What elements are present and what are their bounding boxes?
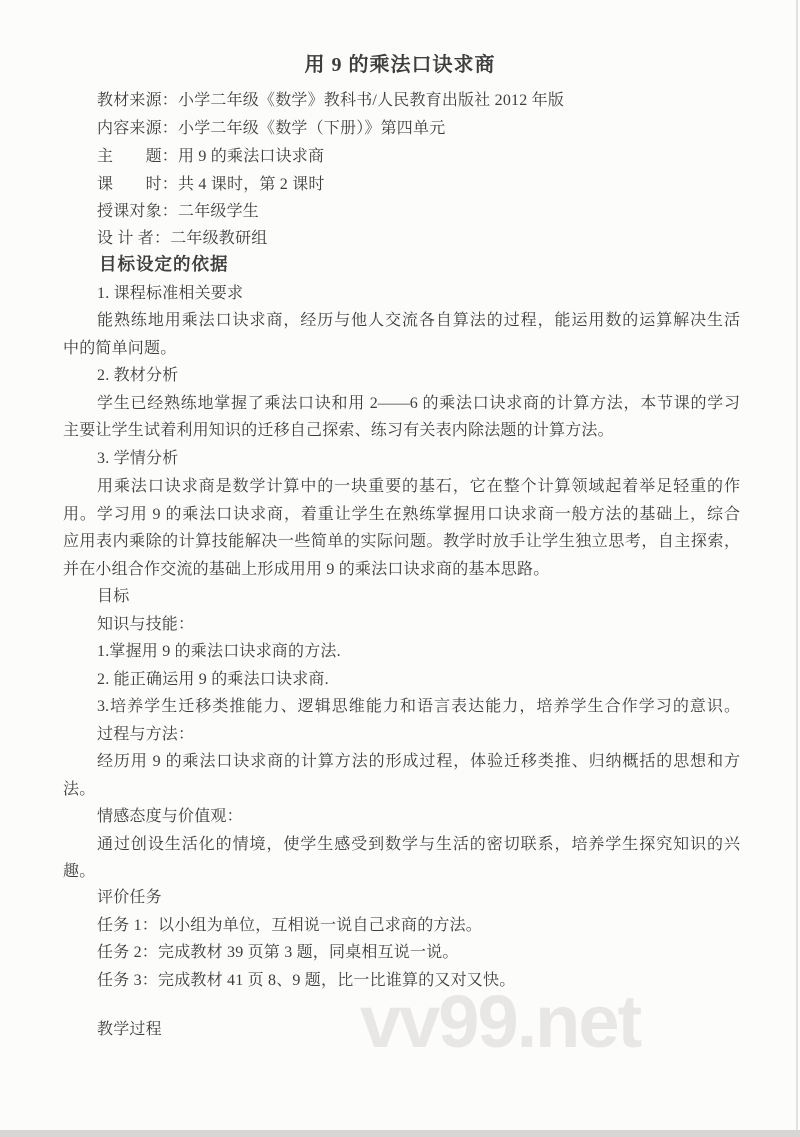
text-line-29: 趣。 — [63, 864, 95, 880]
text-line-4: 课 时：共 4 课时，第 2 课时 — [97, 177, 325, 193]
text-line-5: 授课对象：二年级学生 — [97, 204, 259, 220]
page-title: 用 9 的乘法口诀求商 — [0, 53, 800, 77]
text-line-28: 通过创设生活化的情境，使学生感受到数学与生活的密切联系，培养学生探究知识的兴 — [97, 837, 740, 853]
text-line-25: 经历用 9 的乘法口诀求商的计算方法的形成过程，体验迁移类推、归纳概括的思想和方 — [97, 754, 740, 770]
text-line-21: 1.掌握用 9 的乘法口诀求商的方法. — [97, 644, 341, 660]
text-line-7: 目标设定的依据 — [99, 256, 229, 274]
text-line-6: 设 计 者：二年级教研组 — [97, 231, 267, 247]
text-line-22: 2. 能正确运用 9 的乘法口诀求商. — [97, 672, 329, 688]
text-line-24: 过程与方法： — [97, 727, 194, 743]
text-line-16: 用。学习用 9 的乘法口诀求商，着重让学生在熟练掌握用口诀求商一般方法的基础上，… — [63, 507, 740, 523]
page-bottom-edge — [0, 1130, 800, 1137]
text-line-11: 2. 教材分析 — [97, 368, 178, 384]
text-line-2: 内容来源：小学二年级《数学（下册）》第四单元 — [97, 121, 445, 137]
text-line-1: 教材来源：小学二年级《数学》教科书/人民教育出版社 2012 年版 — [97, 93, 564, 109]
text-line-9: 能熟练地用乘法口诀求商，经历与他人交流各自算法的过程，能运用数的运算解决生活 — [97, 313, 740, 329]
page-right-edge — [796, 0, 798, 1137]
text-line-30: 评价任务 — [97, 890, 162, 906]
text-line-27: 情感态度与价值观： — [97, 809, 243, 825]
text-line-12: 学生已经熟练地掌握了乘法口诀和用 2——6 的乘法口诀求商的计算方法，本节课的学… — [97, 396, 740, 412]
text-line-15: 用乘法口诀求商是数学计算中的一块重要的基石，它在整个计算领域起着举足轻重的作 — [97, 479, 740, 495]
text-line-23: 3.培养学生迁移类推能力、逻辑思维能力和语言表达能力，培养学生合作学习的意识。 — [97, 699, 740, 715]
text-line-31: 任务 1：以小组为单位，互相说一说自己求商的方法。 — [97, 918, 482, 934]
text-line-17: 应用表内乘除的计算技能解决一些简单的实际问题。教学时放手让学生独立思考，自主探索… — [63, 534, 740, 550]
text-line-34: 教学过程 — [97, 1022, 162, 1038]
text-line-32: 任务 2：完成教材 39 页第 3 题，同桌相互说一说。 — [97, 945, 459, 961]
text-line-14: 3. 学情分析 — [97, 451, 178, 467]
text-line-19: 目标 — [97, 589, 129, 605]
text-line-13: 主要让学生试着利用知识的迁移自己探索、练习有关表内除法题的计算方法。 — [63, 423, 614, 439]
text-line-26: 法。 — [63, 782, 95, 798]
text-line-33: 任务 3：完成教材 41 页 8、9 题，比一比谁算的又对又快。 — [97, 973, 515, 989]
text-line-3: 主 题：用 9 的乘法口诀求商 — [97, 149, 324, 165]
text-line-20: 知识与技能： — [97, 617, 194, 633]
watermark: vv99.net — [360, 985, 740, 1059]
text-line-8: 1. 课程标准相关要求 — [97, 286, 243, 302]
document-page: 用 9 的乘法口诀求商 vv99.net 教材来源：小学二年级《数学》教科书/人… — [0, 0, 800, 1137]
text-line-18: 并在小组合作交流的基础上形成用用 9 的乘法口诀求商的基本思路。 — [63, 562, 549, 578]
text-line-10: 中的简单问题。 — [63, 341, 176, 357]
